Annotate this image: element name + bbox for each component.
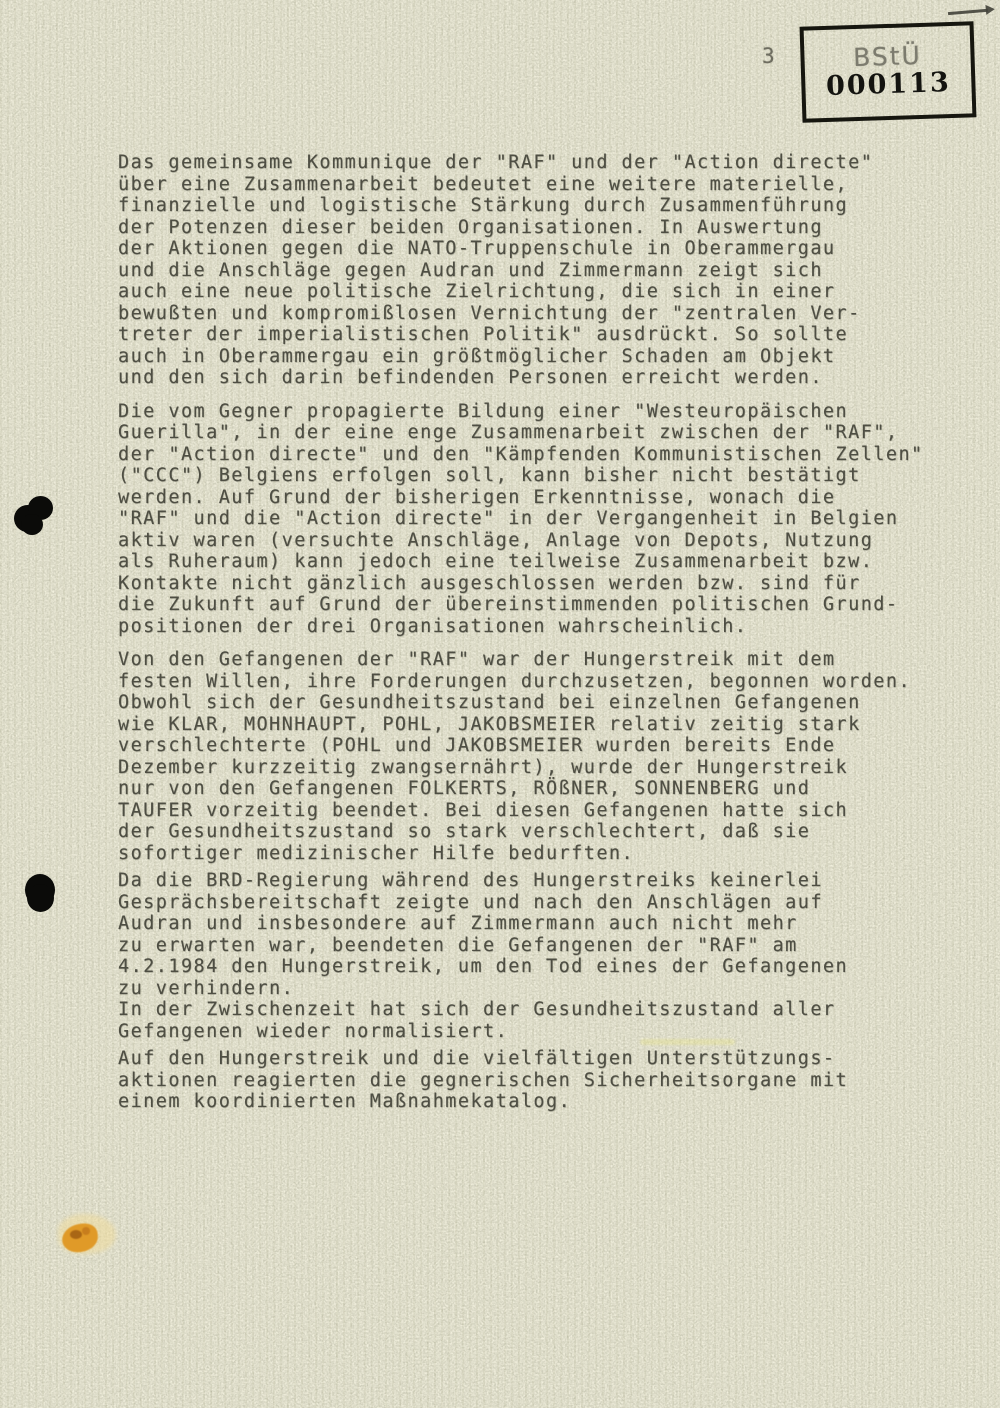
- page-number: 3: [762, 44, 775, 68]
- bstu-archive-stamp: BStÜ 000113: [800, 21, 977, 122]
- highlighter-residue: [640, 1039, 735, 1045]
- pen-arrow-mark: [947, 3, 998, 21]
- paragraph-5: Auf den Hungerstreik und die vielfältige…: [118, 1048, 948, 1113]
- paragraph-1: Das gemeinsame Kommunique der "RAF" und …: [118, 152, 948, 389]
- stain-mark: [58, 1212, 120, 1258]
- stain-dark-spot: [70, 1230, 82, 1239]
- paragraph-4: Da die BRD-Regierung während des Hungers…: [118, 870, 948, 1042]
- paragraph-3: Von den Gefangenen der "RAF" war der Hun…: [118, 649, 948, 864]
- stain-dark-spot: [82, 1227, 90, 1235]
- scanned-document-page: 3 BStÜ 000113 Das gemeinsame Kommunique …: [0, 0, 1000, 1408]
- pen-mark-shaft: [948, 9, 988, 15]
- paragraph-2: Die vom Gegner propagierte Bildung einer…: [118, 401, 948, 638]
- document-text-block: Das gemeinsame Kommunique der "RAF" und …: [118, 152, 948, 1113]
- stamp-agency-label: BStÜ: [853, 43, 922, 71]
- ink-blot-bottom: [24, 872, 58, 914]
- stamp-serial-number: 000113: [826, 68, 952, 102]
- ink-blot-top: [13, 496, 58, 538]
- pen-mark-arrowhead: [985, 4, 995, 15]
